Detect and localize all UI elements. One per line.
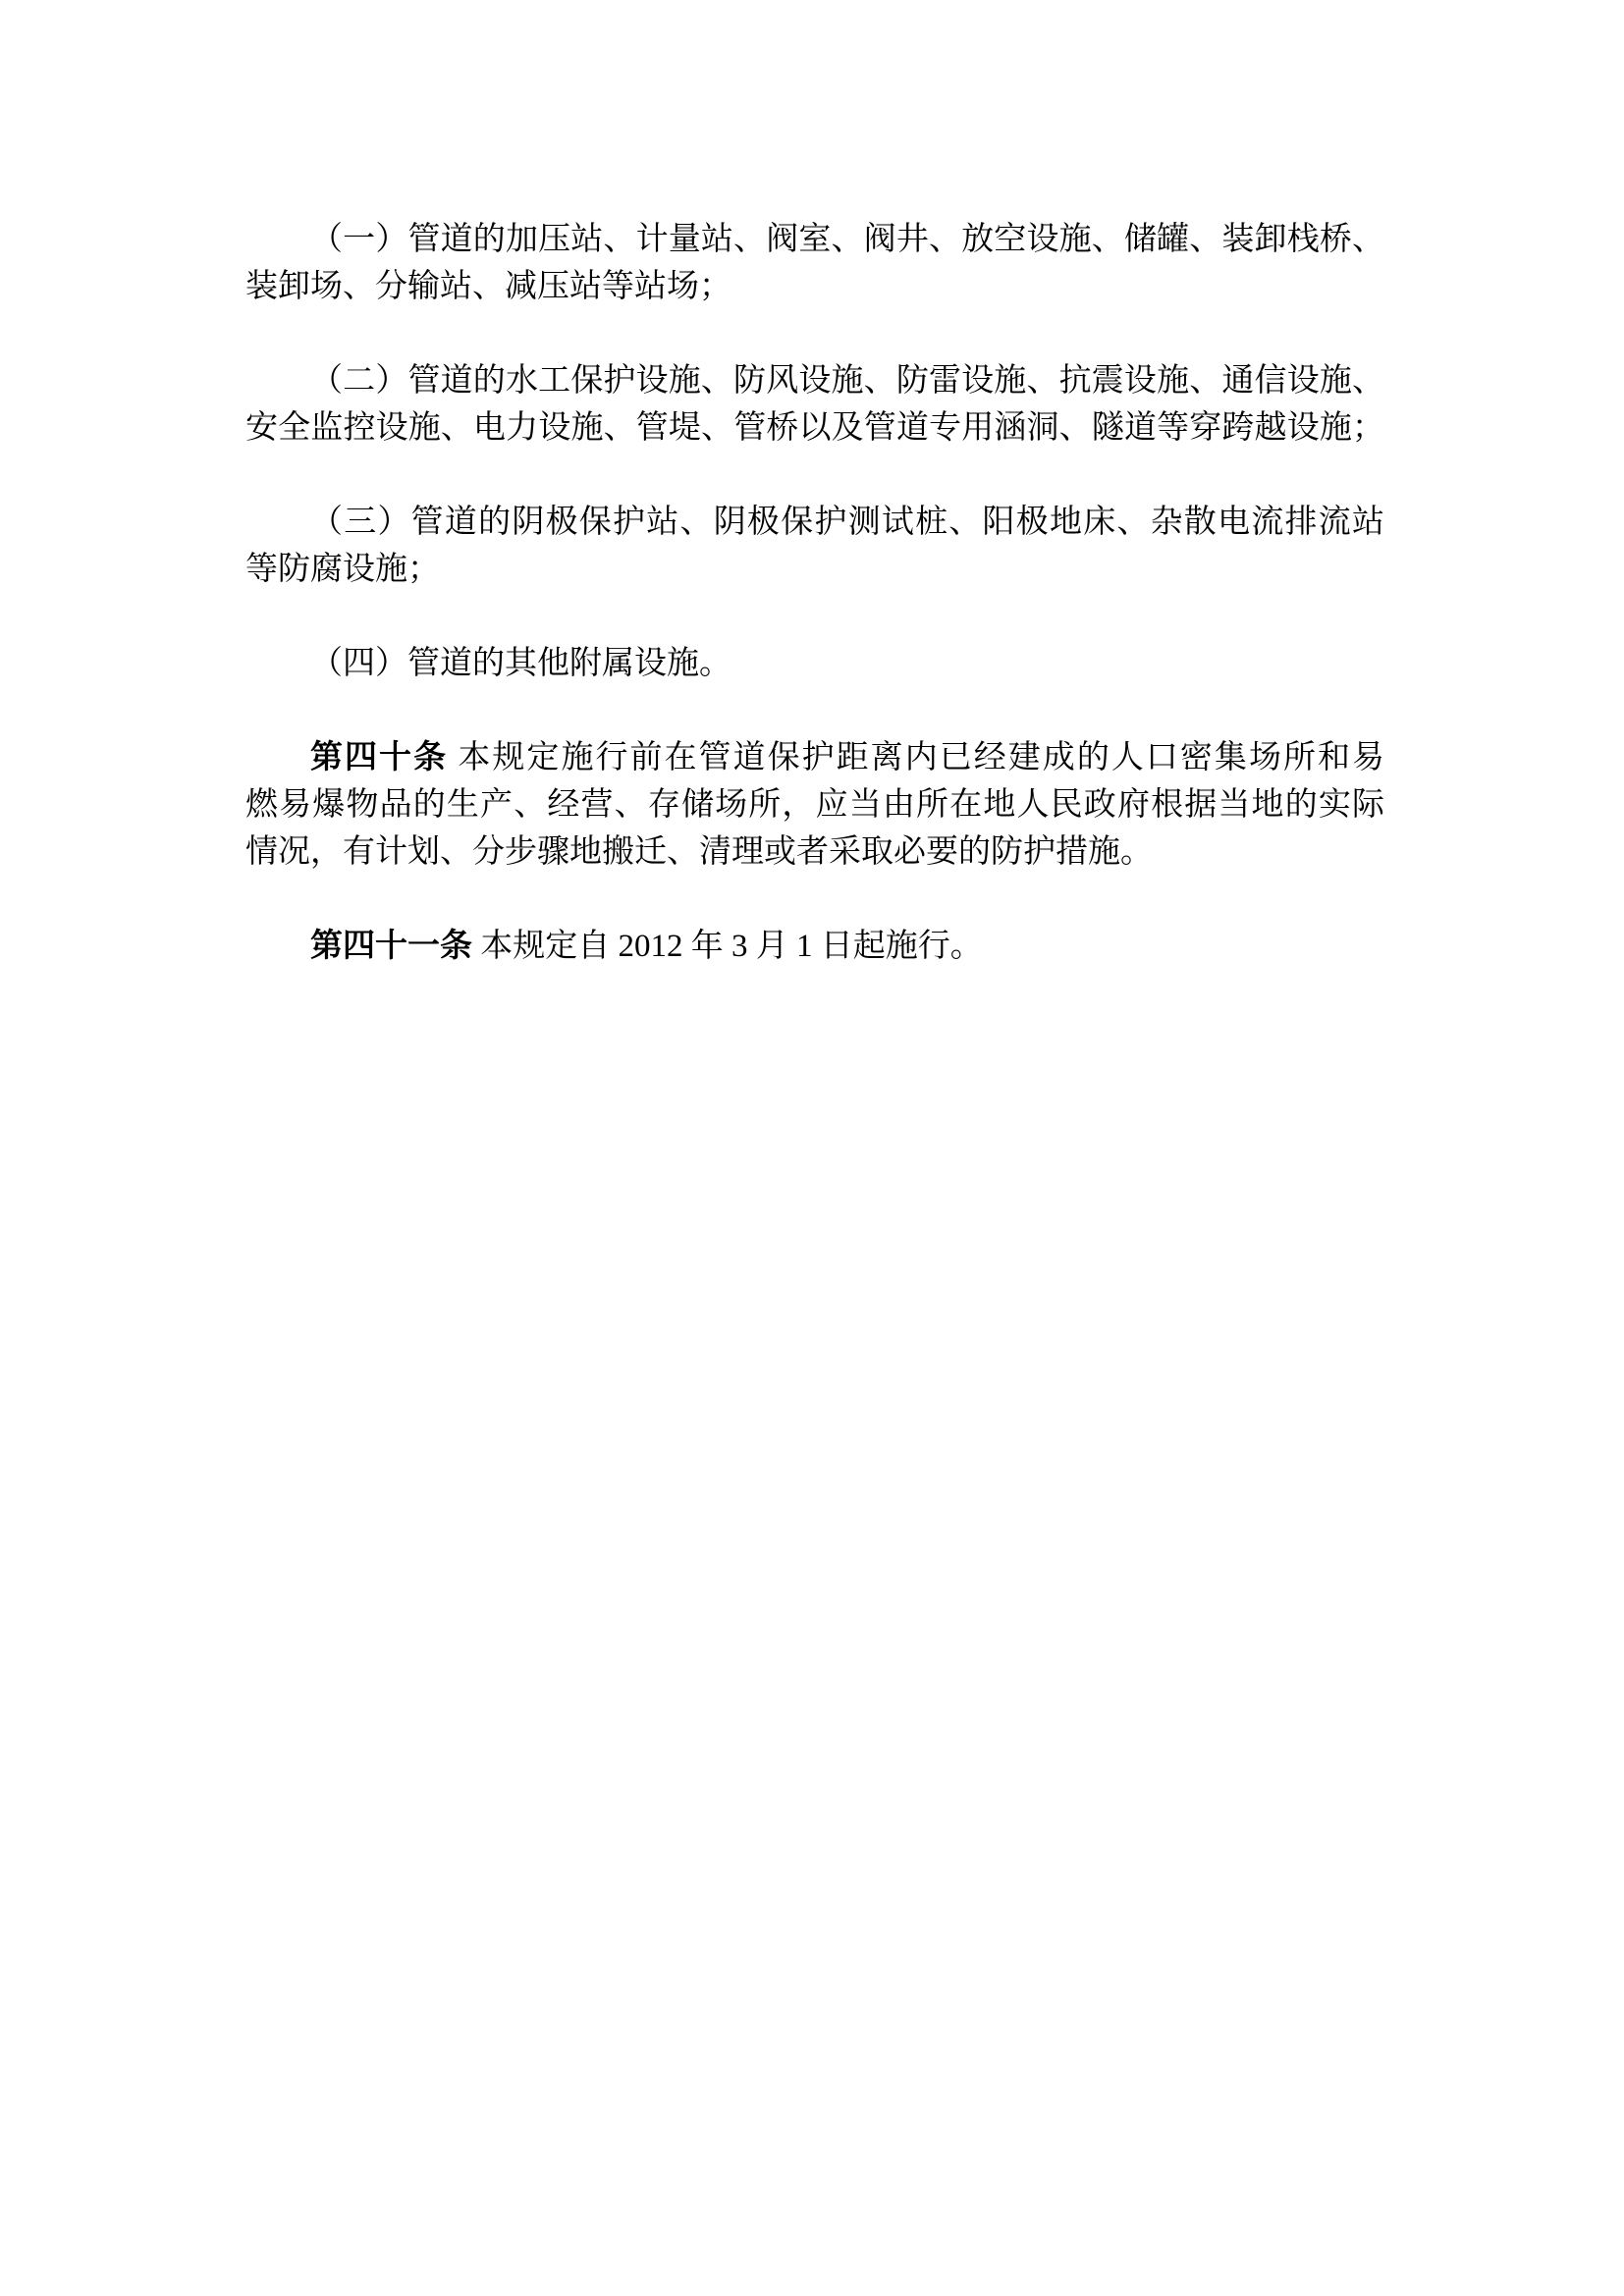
article-40: 第四十条 本规定施行前在管道保护距离内已经建成的人口密集场所和易燃易爆物品的生产… <box>245 734 1384 876</box>
text-segment: 等防腐设施； <box>245 552 440 587</box>
text-segment: （二）管道的水工保护设施、防风设施、防雷设施、抗震设施、通信设施、 <box>310 363 1384 399</box>
list-item-1: （一）管道的加压站、计量站、阀室、阀井、放空设施、储罐、装卸栈桥、装卸场、分输站… <box>245 216 1384 310</box>
text-line: 装卸场、分输站、减压站等站场； <box>245 263 1384 310</box>
text-line: 等防腐设施； <box>245 546 1384 593</box>
article-number: 第四十条 <box>310 740 448 775</box>
text-line: （二）管道的水工保护设施、防风设施、防雷设施、抗震设施、通信设施、 <box>245 357 1384 404</box>
text-segment: （四）管道的其他附属设施。 <box>310 646 731 681</box>
text-line: （一）管道的加压站、计量站、阀室、阀井、放空设施、储罐、装卸栈桥、 <box>245 216 1384 263</box>
document-body: （一）管道的加压站、计量站、阀室、阀井、放空设施、储罐、装卸栈桥、装卸场、分输站… <box>245 216 1384 1017</box>
text-line: 情况，有计划、分步骤地搬迁、清理或者采取必要的防护措施。 <box>245 828 1384 876</box>
text-line: 第四十一条 本规定自 2012 年 3 月 1 日起施行。 <box>245 923 1384 970</box>
document-page: （一）管道的加压站、计量站、阀室、阀井、放空设施、储罐、装卸栈桥、装卸场、分输站… <box>0 0 1624 2296</box>
list-item-4: （四）管道的其他附属设施。 <box>245 640 1384 687</box>
text-segment: （一）管道的加压站、计量站、阀室、阀井、放空设施、储罐、装卸栈桥、 <box>310 222 1384 257</box>
text-line: 燃易爆物品的生产、经营、存储场所，应当由所在地人民政府根据当地的实际 <box>245 781 1384 828</box>
article-number: 第四十一条 <box>310 929 472 964</box>
text-segment: 本规定自 2012 年 3 月 1 日起施行。 <box>472 929 983 964</box>
article-41: 第四十一条 本规定自 2012 年 3 月 1 日起施行。 <box>245 923 1384 970</box>
text-line: （三）管道的阴极保护站、阴极保护测试桩、阳极地床、杂散电流排流站 <box>245 499 1384 546</box>
text-line: （四）管道的其他附属设施。 <box>245 640 1384 687</box>
text-segment: 本规定施行前在管道保护距离内已经建成的人口密集场所和易 <box>448 740 1384 775</box>
text-segment: 情况，有计划、分步骤地搬迁、清理或者采取必要的防护措施。 <box>245 834 1153 870</box>
text-line: 第四十条 本规定施行前在管道保护距离内已经建成的人口密集场所和易 <box>245 734 1384 781</box>
text-segment: 安全监控设施、电力设施、管堤、管桥以及管道专用涵洞、隧道等穿跨越设施； <box>245 410 1384 446</box>
text-segment: 装卸场、分输站、减压站等站场； <box>245 269 731 304</box>
list-item-3: （三）管道的阴极保护站、阴极保护测试桩、阳极地床、杂散电流排流站等防腐设施； <box>245 499 1384 593</box>
list-item-2: （二）管道的水工保护设施、防风设施、防雷设施、抗震设施、通信设施、安全监控设施、… <box>245 357 1384 452</box>
text-line: 安全监控设施、电力设施、管堤、管桥以及管道专用涵洞、隧道等穿跨越设施； <box>245 404 1384 452</box>
text-segment: 燃易爆物品的生产、经营、存储场所，应当由所在地人民政府根据当地的实际 <box>245 787 1384 823</box>
text-segment: （三）管道的阴极保护站、阴极保护测试桩、阳极地床、杂散电流排流站 <box>310 505 1384 540</box>
